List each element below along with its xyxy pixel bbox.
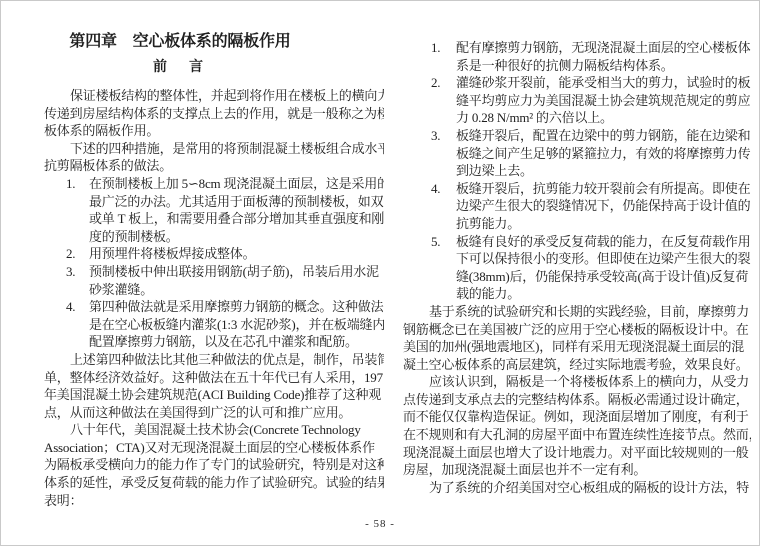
paragraph-line: 美国的加州(强地震地区)，同样有采用无现浇混凝土面层的混 [403, 338, 751, 356]
paragraph-line: 板体系的隔板作用。 [44, 122, 384, 140]
paragraph-line: 基于系统的试验研究和长期的实践经验，目前，摩擦剪力 [403, 303, 751, 321]
page-number: - 58 - [1, 518, 759, 530]
list-line: 灌缝砂浆开裂前，能承受相当大的剪力，试验时的板 [456, 74, 750, 92]
paragraph-line: 钢筋概念已在美国被广泛的应用于空心楼板的隔板设计中。在 [403, 321, 751, 339]
list-item: 2. 灌缝砂浆开裂前，能承受相当大的剪力，试验时的板 [403, 74, 751, 92]
paragraph-line: 下述的四种措施，是常用的将预制混凝土楼板组合成水平 [44, 140, 384, 158]
list-number: 1. [66, 175, 89, 193]
list-line: 下可以保持很小的变形。但即使在边梁产生很大的裂 [403, 250, 751, 268]
list-item: 2. 用预埋件将楼板焊接成整体。 [44, 245, 384, 263]
list-number: 2. [66, 245, 89, 263]
paragraph-line: 应该认识到，隔板是一个将楼板体系上的横向力，从受力 [403, 373, 751, 391]
list-line: 载的能力。 [403, 285, 751, 303]
paragraph-line: 表明： [44, 492, 384, 510]
left-column: 第四章 空心板体系的隔板作用 前 言 保证楼板结构的整体性，并起到将作用在楼板上… [44, 31, 384, 509]
paragraph-line: 为隔板承受横向力的能力作了专门的试验研究，特别是对这种 [44, 456, 384, 474]
paragraph-line: Association；CTA)又对无现浇混凝土面层的空心楼板体系作 [44, 439, 384, 457]
list-line: 是在空心板板缝内灌浆(1:3 水泥砂浆)，并在板端缝内 [44, 316, 384, 334]
paragraph-line: 现浇混凝土面层也增大了设计地震力。对平面比较规则的一般 [403, 444, 751, 462]
paragraph-line: 抗剪隔板体系的做法。 [44, 157, 384, 175]
list-item: 3. 板缝开裂后，配置在边梁中的剪力钢筋，能在边梁和 [403, 127, 751, 145]
list-line: 度的预制楼板。 [44, 228, 384, 246]
paragraph-line: 房屋，加现浇混凝土面层也并不一定有利。 [403, 461, 751, 479]
paragraph-line: 年美国混凝土协会建筑规范(ACI Building Code)推荐了这种观 [44, 386, 384, 404]
list-line: 板缝之间产生足够的紧箍拉力，有效的将摩擦剪力传 [403, 145, 751, 163]
list-line: 第四种做法就是采用摩擦剪力钢筋的概念。这种做法 [89, 298, 383, 316]
paragraph-line: 传递到房屋结构体系的支撑点上去的作用，就是一般称之为楼 [44, 105, 384, 123]
list-line: 抗剪能力。 [403, 215, 751, 233]
list-number: 4. [66, 298, 89, 316]
list-item: 3. 预制楼板中伸出联接用钢筋(胡子筋)，吊装后用水泥 [44, 263, 384, 281]
list-number: 3. [431, 127, 456, 145]
list-item: 4. 板缝开裂后，抗剪能力较开裂前会有所提高。即使在 [403, 180, 751, 198]
paragraph-line: 而不能仅仅靠构造保证。例如，现浇面层增加了刚度，有利于 [403, 408, 751, 426]
section-heading: 前 言 [44, 59, 316, 79]
list-line: 在预制楼板上加 5∽8cm 现浇混凝土面层，这是采用的 [89, 175, 384, 193]
list-number: 2. [431, 74, 456, 92]
chapter-title: 第四章 空心板体系的隔板作用 [44, 31, 316, 55]
list-line: 缝(38mm)后，仍能保持承受较高(高于设计值)反复荷 [403, 268, 751, 286]
paragraph-line: 点传递到支承点去的完整结构体系。隔板必需通过设计确定， [403, 391, 751, 409]
list-line: 边梁产生很大的裂缝情况下，仍能保持高于设计值的 [403, 197, 751, 215]
list-item: 5. 板缝有良好的承受反复荷载的能力，在反复荷载作用 [403, 233, 751, 251]
list-line: 力 0.28 N/mm² 的六倍以上。 [403, 109, 751, 127]
list-number: 4. [431, 180, 456, 198]
paragraph-line: 点，从而这种做法在美国得到广泛的认可和推广应用。 [44, 404, 384, 422]
list-line: 用预埋件将楼板焊接成整体。 [89, 245, 255, 263]
paragraph-line: 上述第四种做法比其他三种做法的优点是，制作，吊装简 [44, 351, 384, 369]
list-line: 板缝开裂后，抗剪能力较开裂前会有所提高。即使在 [456, 180, 750, 198]
list-line: 配有摩擦剪力钢筋，无现浇混凝土面层的空心楼板体 [456, 39, 750, 57]
list-line: 板缝开裂后，配置在边梁中的剪力钢筋，能在边梁和 [456, 127, 750, 145]
document-page: 第四章 空心板体系的隔板作用 前 言 保证楼板结构的整体性，并起到将作用在楼板上… [0, 0, 760, 546]
paragraph-line: 八十年代，美国混凝土技术协会(Concrete Technology [44, 421, 384, 439]
paragraph-line: 为了系统的介绍美国对空心板组成的隔板的设计方法，特 [403, 479, 751, 497]
list-line: 砂浆灌缝。 [44, 281, 384, 299]
right-column: 1. 配有摩擦剪力钢筋，无现浇混凝土面层的空心楼板体 系是一种很好的抗侧力隔板结… [403, 39, 751, 496]
paragraph-line: 体系的延性，承受反复荷载的能力作了试验研究。试验的结果 [44, 474, 384, 492]
list-item: 1. 在预制楼板上加 5∽8cm 现浇混凝土面层，这是采用的 [44, 175, 384, 193]
list-line: 最广泛的办法。尤其适用于面板薄的预制楼板，如双 T [44, 193, 384, 211]
list-number: 1. [431, 39, 456, 57]
list-line: 配置摩擦剪力钢筋，以及在芯孔中灌浆和配筋。 [44, 333, 384, 351]
paragraph-line: 单，整体经济效益好。这种做法在五十年代已有人采用，1971 [44, 369, 384, 387]
list-line: 或单 T 板上，和需要用叠合部分增加其垂直强度和刚 [44, 210, 384, 228]
list-line: 到边梁上去。 [403, 162, 751, 180]
list-line: 缝平均剪应力为美国混凝土协会建筑规范规定的剪应 [403, 92, 751, 110]
list-number: 5. [431, 233, 456, 251]
list-item: 4. 第四种做法就是采用摩擦剪力钢筋的概念。这种做法 [44, 298, 384, 316]
paragraph-line: 保证楼板结构的整体性，并起到将作用在楼板上的横向力 [44, 87, 384, 105]
list-item: 1. 配有摩擦剪力钢筋，无现浇混凝土面层的空心楼板体 [403, 39, 751, 57]
list-number: 3. [66, 263, 89, 281]
paragraph-line: 凝土空心板体系的高层建筑，经过实际地震考验，效果良好。 [403, 356, 751, 374]
list-line: 系是一种很好的抗侧力隔板结构体系。 [403, 57, 751, 75]
list-line: 预制楼板中伸出联接用钢筋(胡子筋)，吊装后用水泥 [89, 263, 379, 281]
list-line: 板缝有良好的承受反复荷载的能力，在反复荷载作用 [456, 233, 750, 251]
paragraph-line: 在不规则和有大孔洞的房屋平面中布置连续性连接节点。然而， [403, 426, 751, 444]
